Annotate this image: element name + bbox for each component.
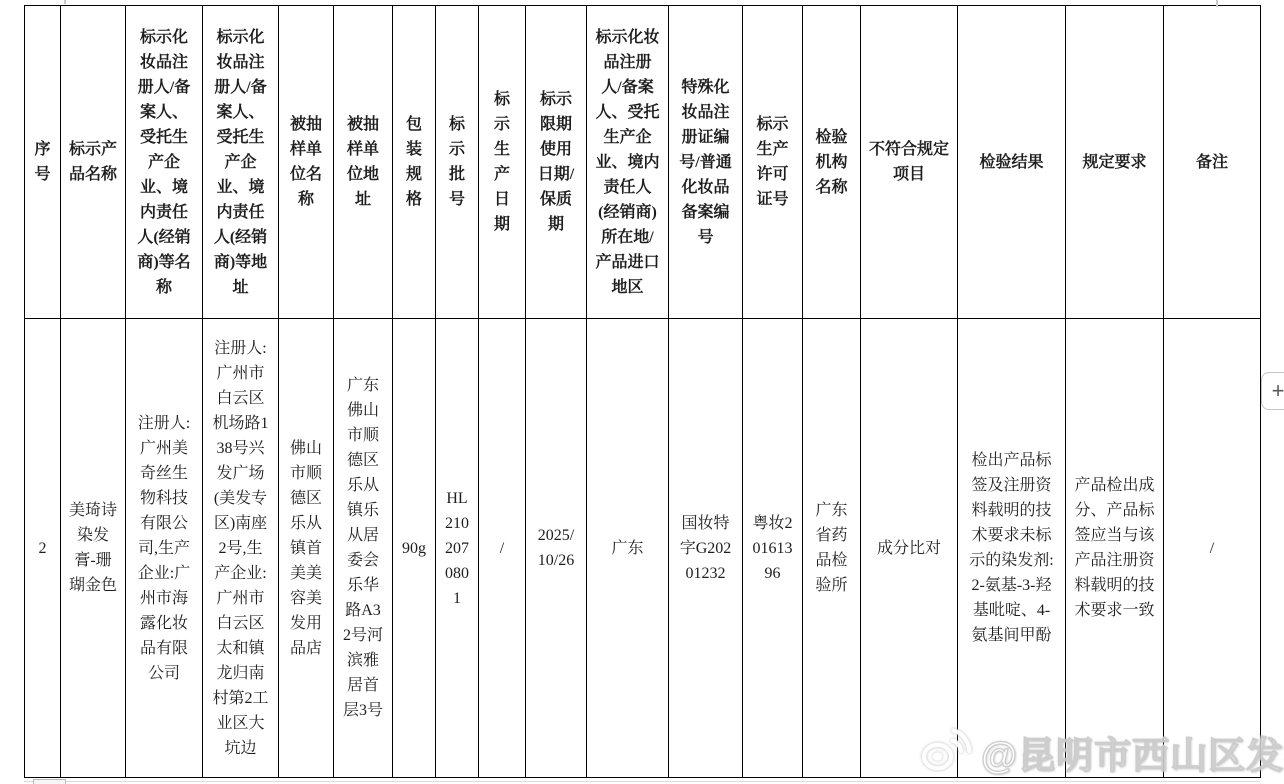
header-registrant-location: 标示化妆品注册人/备案人、受托生产企业、境内责任人(经销商)所在地/产品进口地区 [587,6,669,319]
header-remarks: 备注 [1164,6,1261,319]
header-expiry-date: 标示限期使用日期/保质期 [526,6,587,319]
cell-registrant-address: 注册人:广州市白云区机场路138号兴发广场(美发专区)南座2号,生产企业:广州市… [203,319,279,778]
header-sampled-unit-address: 被抽样单位地址 [334,6,393,319]
cell-production-date: / [479,319,526,778]
zoom-in-button[interactable]: + [1261,372,1284,410]
header-registrant-name: 标示化妆品注册人/备案人、受托生产企业、境内责任人(经销商)等名称 [126,6,203,319]
header-sampled-unit-name: 被抽样单位名称 [279,6,334,319]
header-registration-number: 特殊化妆品注册证编号/普通化妆品备案编号 [669,6,743,319]
scroll-tick-right [1216,0,1218,7]
header-serial-number: 序号 [25,6,61,319]
header-inspection-result: 检验结果 [958,6,1066,319]
header-production-license: 标示生产许可证号 [743,6,803,319]
cell-remarks: / [1164,319,1261,778]
cell-package-spec: 90g [393,319,436,778]
header-product-name: 标示产品名称 [61,6,126,319]
table-header-row: 序号 标示产品名称 标示化妆品注册人/备案人、受托生产企业、境内责任人(经销商)… [25,6,1261,319]
next-row-edge [24,781,1260,782]
cell-inspection-result: 检出产品标签及注册资料载明的技术要求未标示的染发剂:2-氨基-3-羟基吡啶、4-… [958,319,1066,778]
header-inspection-agency: 检验机构名称 [803,6,861,319]
header-package-spec: 包装规格 [393,6,436,319]
cell-inspection-agency: 广东省药品检验所 [803,319,861,778]
cell-serial-number: 2 [25,319,61,778]
partial-control-fragment [33,779,66,784]
cell-sampled-unit-name: 佛山市顺德区乐从镇首美美容美发用品店 [279,319,334,778]
cell-batch-number: HL2102070801 [436,319,479,778]
header-registrant-address: 标示化妆品注册人/备案人、受托生产企业、境内责任人(经销商)等地址 [203,6,279,319]
header-production-date: 标示生产日期 [479,6,526,319]
scroll-tick-left [64,0,66,4]
header-batch-number: 标示批号 [436,6,479,319]
cell-registration-number: 国妆特字G20201232 [669,319,743,778]
header-nonconforming-item: 不符合规定项目 [861,6,958,319]
cell-expiry-date: 2025/10/26 [526,319,587,778]
header-required-standard: 规定要求 [1066,6,1164,319]
cell-registrant-location: 广东 [587,319,669,778]
table-row: 2 美琦诗染发膏-珊瑚金色 注册人:广州美奇丝生物科技有限公司,生产企业:广州市… [25,319,1261,778]
cell-nonconforming-item: 成分比对 [861,319,958,778]
cell-required-standard: 产品检出成分、产品标签应当与该产品注册资料载明的技术要求一致 [1066,319,1164,778]
cell-production-license: 粤妆20161396 [743,319,803,778]
cell-registrant-name: 注册人:广州美奇丝生物科技有限公司,生产企业:广州市海露化妆品有限公司 [126,319,203,778]
cell-product-name: 美琦诗染发膏-珊瑚金色 [61,319,126,778]
cell-sampled-unit-address: 广东佛山市顺德区乐从镇乐从居委会乐华路A32号河滨雅居首层3号 [334,319,393,778]
inspection-results-table: 序号 标示产品名称 标示化妆品注册人/备案人、受托生产企业、境内责任人(经销商)… [24,5,1261,778]
